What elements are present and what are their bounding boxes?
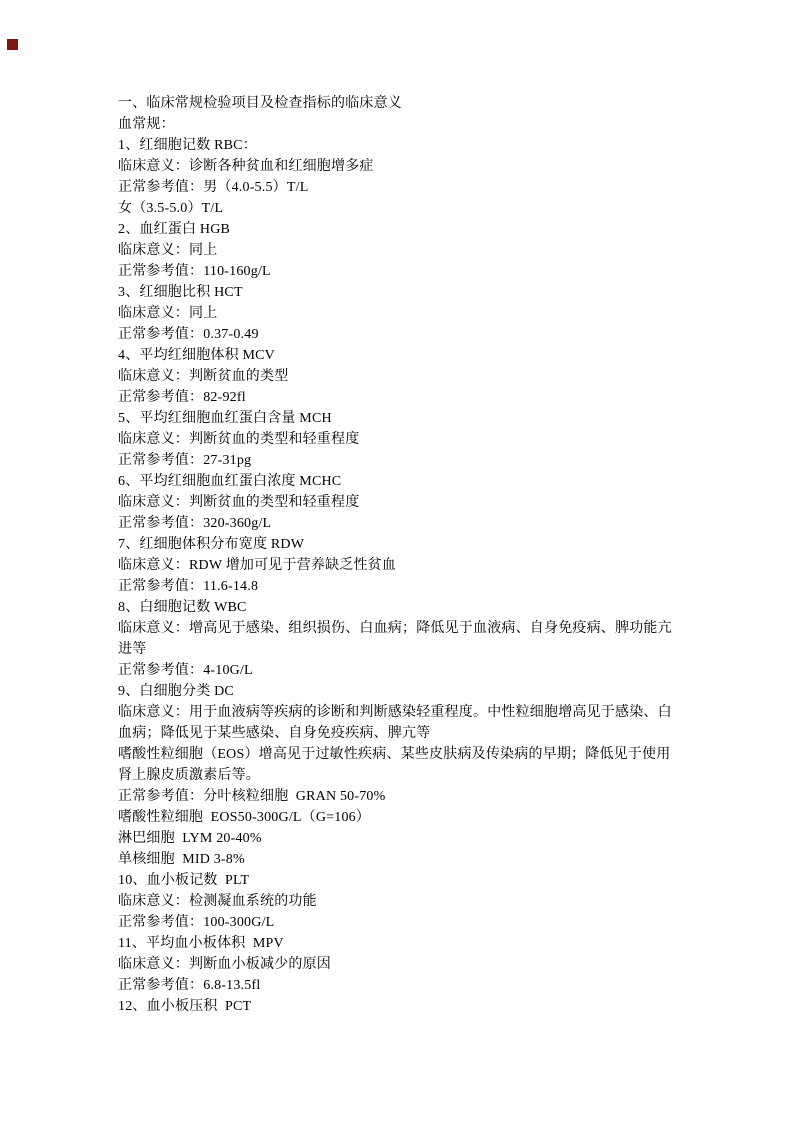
document-line: 嗜酸性粒细胞 EOS50-300G/L（G=106）	[118, 807, 778, 828]
document-line: 临床意义：判断贫血的类型和轻重程度	[118, 429, 778, 450]
document-line: 正常参考值：82-92fl	[118, 387, 778, 408]
document-line: 正常参考值：4-10G/L	[118, 660, 778, 681]
document-line: 11、平均血小板体积 MPV	[118, 933, 778, 954]
document-line: 4、平均红细胞体积 MCV	[118, 345, 778, 366]
document-line: 肾上腺皮质激素后等。	[118, 765, 778, 786]
document-line: 临床意义：同上	[118, 240, 778, 261]
document-line: 临床意义：诊断各种贫血和红细胞增多症	[118, 156, 778, 177]
document-text-block: 一、临床常规检验项目及检查指标的临床意义血常规：1、红细胞记数 RBC：临床意义…	[118, 93, 778, 1017]
document-line: 1、红细胞记数 RBC：	[118, 135, 778, 156]
document-line: 单核细胞 MID 3-8%	[118, 849, 778, 870]
document-line: 8、白细胞记数 WBC	[118, 597, 778, 618]
document-line: 临床意义：判断血小板减少的原因	[118, 954, 778, 975]
document-line: 血常规：	[118, 114, 778, 135]
document-heading: 一、临床常规检验项目及检查指标的临床意义	[118, 93, 778, 114]
document-line: 临床意义：RDW 增加可见于营养缺乏性贫血	[118, 555, 778, 576]
document-line: 正常参考值：男（4.0-5.5）T/L	[118, 177, 778, 198]
document-line: 临床意义：检测凝血系统的功能	[118, 891, 778, 912]
document-line: 临床意义：用于血液病等疾病的诊断和判断感染轻重程度。中性粒细胞增高见于感染、白	[118, 702, 778, 723]
document-line: 临床意义：判断贫血的类型	[118, 366, 778, 387]
document-line: 正常参考值：27-31pg	[118, 450, 778, 471]
document-line: 临床意义：增高见于感染、组织损伤、白血病；降低见于血液病、自身免疫病、脾功能亢	[118, 618, 778, 639]
document-line: 淋巴细胞 LYM 20-40%	[118, 828, 778, 849]
document-line: 正常参考值：110-160g/L	[118, 261, 778, 282]
document-line: 正常参考值：11.6-14.8	[118, 576, 778, 597]
document-line: 6、平均红细胞血红蛋白浓度 MCHC	[118, 471, 778, 492]
document-line: 临床意义：同上	[118, 303, 778, 324]
document-line: 12、血小板压积 PCT	[118, 996, 778, 1017]
document-line: 10、血小板记数 PLT	[118, 870, 778, 891]
document-line: 5、平均红细胞血红蛋白含量 MCH	[118, 408, 778, 429]
document-line: 嗜酸性粒细胞（EOS）增高见于过敏性疾病、某些皮肤病及传染病的早期；降低见于使用	[118, 744, 778, 765]
document-page: 一、临床常规检验项目及检查指标的临床意义血常规：1、红细胞记数 RBC：临床意义…	[0, 0, 794, 1123]
document-line: 临床意义：判断贫血的类型和轻重程度	[118, 492, 778, 513]
document-line: 正常参考值：分叶核粒细胞 GRAN 50-70%	[118, 786, 778, 807]
document-line: 正常参考值：0.37-0.49	[118, 324, 778, 345]
document-line: 正常参考值：320-360g/L	[118, 513, 778, 534]
document-line: 2、血红蛋白 HGB	[118, 219, 778, 240]
document-line: 女（3.5-5.0）T/L	[118, 198, 778, 219]
document-line: 正常参考值：6.8-13.5fl	[118, 975, 778, 996]
document-line: 正常参考值：100-300G/L	[118, 912, 778, 933]
document-line: 7、红细胞体积分布宽度 RDW	[118, 534, 778, 555]
document-line: 9、白细胞分类 DC	[118, 681, 778, 702]
document-line: 3、红细胞比积 HCT	[118, 282, 778, 303]
document-line: 进等	[118, 639, 778, 660]
red-marker-square	[7, 39, 18, 50]
document-line: 血病；降低见于某些感染、自身免疫疾病、脾亢等	[118, 723, 778, 744]
